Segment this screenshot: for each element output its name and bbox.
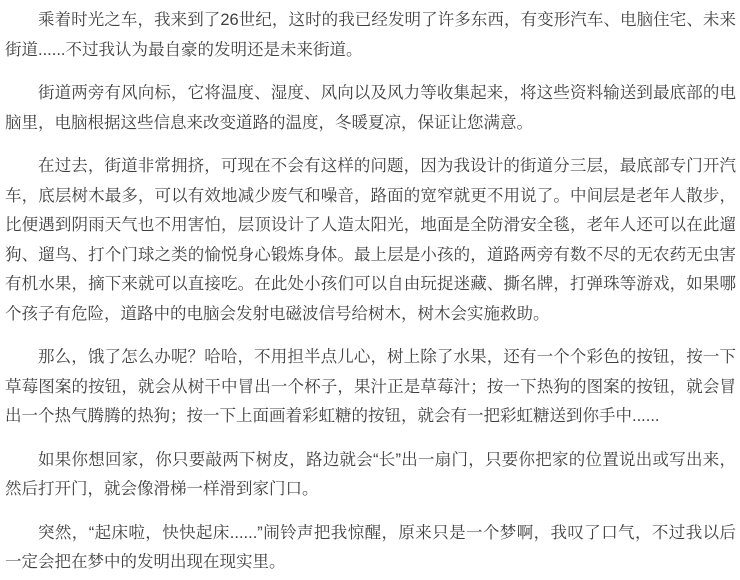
- essay-article: 乘着时光之车，我来到了26世纪，这时的我已经发明了许多东西，有变形汽车、电脑住宅…: [0, 0, 740, 578]
- essay-paragraph-3: 在过去，街道非常拥挤，可现在不会有这样的问题，因为我设计的街道分三层，最底部专门…: [5, 152, 736, 329]
- essay-paragraph-6: 突然，“起床啦，快快起床......”闹铃声把我惊醒，原来只是一个梦啊，我叹了口…: [5, 519, 736, 578]
- essay-paragraph-1: 乘着时光之车，我来到了26世纪，这时的我已经发明了许多东西，有变形汽车、电脑住宅…: [5, 6, 736, 65]
- essay-paragraph-5: 如果你想回家，你只要敲两下树皮，路边就会“长”出一扇门，只要你把家的位置说出或写…: [5, 446, 736, 505]
- essay-paragraph-2: 街道两旁有风向标，它将温度、湿度、风向以及风力等收集起来，将这些资料输送到最底部…: [5, 79, 736, 138]
- essay-paragraph-4: 那么，饿了怎么办呢？哈哈，不用担半点儿心，树上除了水果，还有一个个彩色的按钮，按…: [5, 343, 736, 432]
